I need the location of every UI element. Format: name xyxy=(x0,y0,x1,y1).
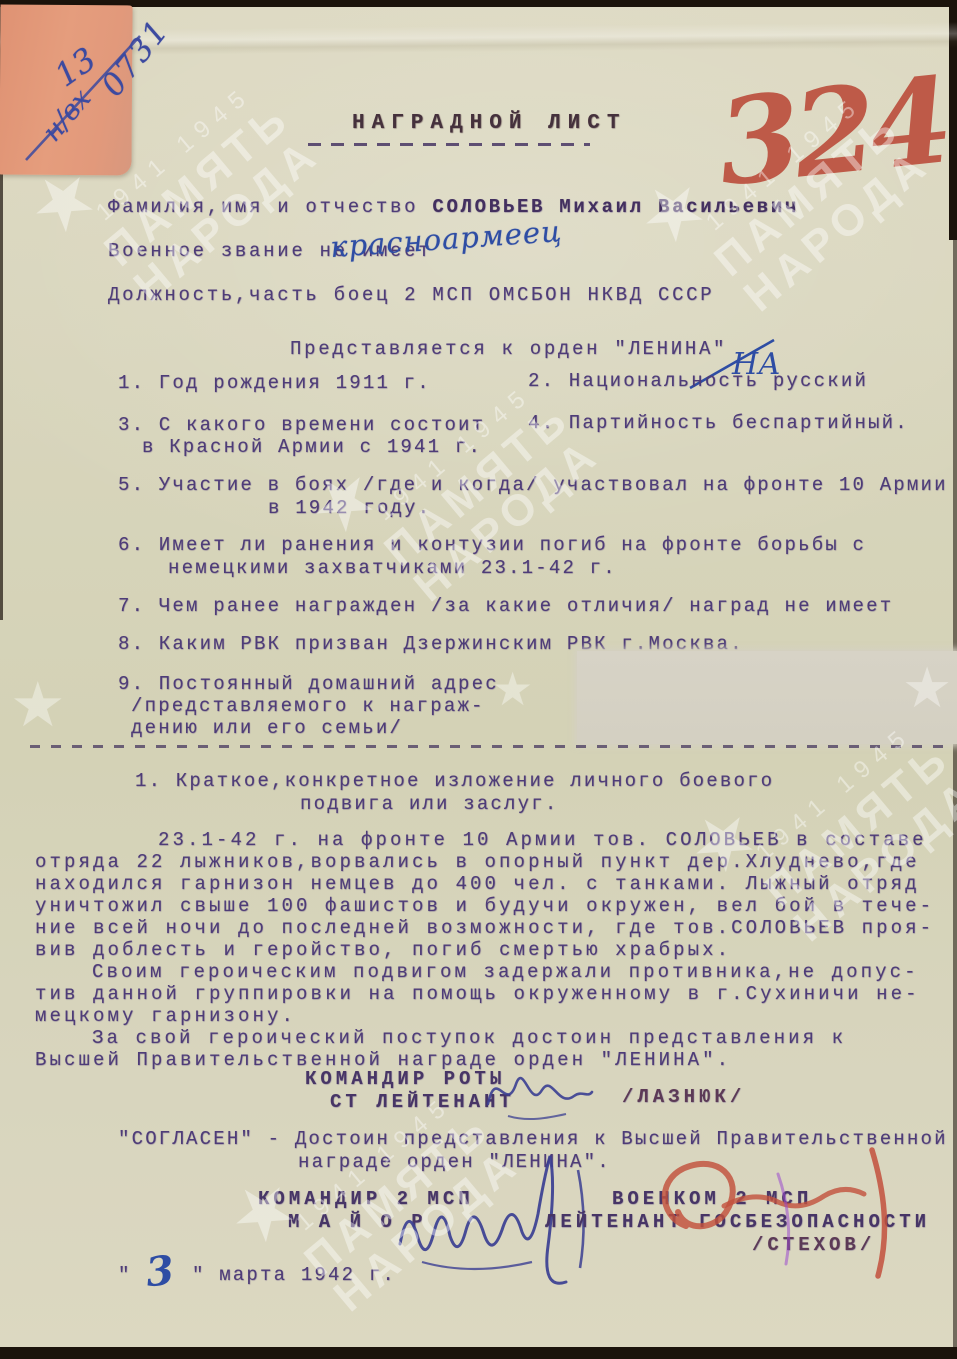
company-commander-role-line1: КОМАНДИР РОТЫ xyxy=(305,1068,505,1090)
citation-body-line-7: Своим героическим подвигом задержали про… xyxy=(92,961,919,983)
item-6-wounds-line1: 6. Имеет ли ранения и контузии погиб на … xyxy=(118,534,866,556)
signature-lazniuk xyxy=(478,1052,598,1130)
citation-body-line-5: ние всей ночи до последней возможности, … xyxy=(35,917,934,939)
citation-body-line-2: отряда 22 лыжников,ворвались в опорный п… xyxy=(35,851,920,873)
item-5-battles-line2: в 1942 году. xyxy=(268,497,431,519)
item-5-battles-line1: 5. Участие в боях /где и когда/ участвов… xyxy=(118,474,948,496)
citation-body-line-4: уничтожил свыше 100 фашистов и будучи ок… xyxy=(35,895,934,917)
item-9-address-line3: дению или его семьи/ xyxy=(131,717,403,739)
citation-body-line-1: 23.1-42 г. на фронте 10 Армии тов. СОЛОВ… xyxy=(158,829,927,851)
item-4-party: 4. Партийность беспартийный. xyxy=(528,412,909,434)
item-9-address-line2: /представляемого к награж- xyxy=(131,695,485,717)
citation-body-line-10: За свой героический поступок достоин пре… xyxy=(92,1027,846,1049)
field-name-label: Фамилия,имя и отчество xyxy=(108,196,432,218)
item-7-previous-awards: 7. Чем ранее награжден /за какие отличия… xyxy=(118,595,893,617)
scanned-award-sheet: 13 н/вх 0731 НАГРАДНОЙ ЛИСТ 324 Фамилия,… xyxy=(0,0,957,1359)
item-1-birth-year: 1. Год рождения 1911 г. xyxy=(118,372,431,394)
watermark-star-icon: ★ xyxy=(10,668,66,741)
citation-body-line-9: мецкому гарнизону. xyxy=(35,1005,296,1027)
document-title: НАГРАДНОЙ ЛИСТ xyxy=(352,112,626,135)
citation-heading-line1: 1. Краткое,конкретное изложение личного … xyxy=(135,770,774,792)
citation-body-line-6: вив доблесть и геройство, погиб смертью … xyxy=(35,939,731,961)
field-name-line: Фамилия,имя и отчество СОЛОВЬЕВ Михаил В… xyxy=(108,196,799,218)
company-commander-name: /ЛАЗНЮК/ xyxy=(622,1086,745,1108)
scan-edge-right-thin xyxy=(953,240,957,1350)
item-2-nationality: 2. Национальность русский xyxy=(528,370,868,392)
scan-edge-bottom xyxy=(0,1347,957,1359)
signature-stekhov-red xyxy=(628,1140,928,1290)
item-9-address-line1: 9. Постоянный домашний адрес xyxy=(118,673,499,695)
date-rest: " марта 1942 г. xyxy=(192,1264,396,1286)
title-underline xyxy=(308,143,590,146)
rank-handwritten-annotation: красноармеец xyxy=(329,214,563,264)
field-award-line: Представляется к орден "ЛЕНИНА" xyxy=(290,338,727,360)
date-quote-open: " xyxy=(118,1264,132,1286)
citation-heading-line2: подвига или заслуг. xyxy=(300,793,558,815)
date-day-handwritten: 3 xyxy=(144,1247,177,1297)
section-separator-dashed xyxy=(30,745,952,748)
item-3-service-since-line1: 3. С какого времени состоит xyxy=(118,414,485,436)
citation-body-line-8: тив данной группировки на помощь окружен… xyxy=(35,983,920,1005)
field-position-line: Должность,часть боец 2 МСП ОМСБОН НКВД С… xyxy=(108,284,714,306)
folio-number-red-pencil: 324 xyxy=(711,50,953,212)
field-name-value: СОЛОВЬЕВ Михаил Васильевич xyxy=(432,196,799,218)
item-6-wounds-line2: немецкими захватчиками 23.1-42 г. xyxy=(168,557,617,579)
scan-edge-top xyxy=(0,0,957,7)
citation-body-line-3: находился гарнизон немцев до 400 чел. с … xyxy=(35,873,920,895)
item-3-service-since-line2: в Красной Армии с 1941 г. xyxy=(142,436,482,458)
redacted-address-block xyxy=(577,651,957,744)
